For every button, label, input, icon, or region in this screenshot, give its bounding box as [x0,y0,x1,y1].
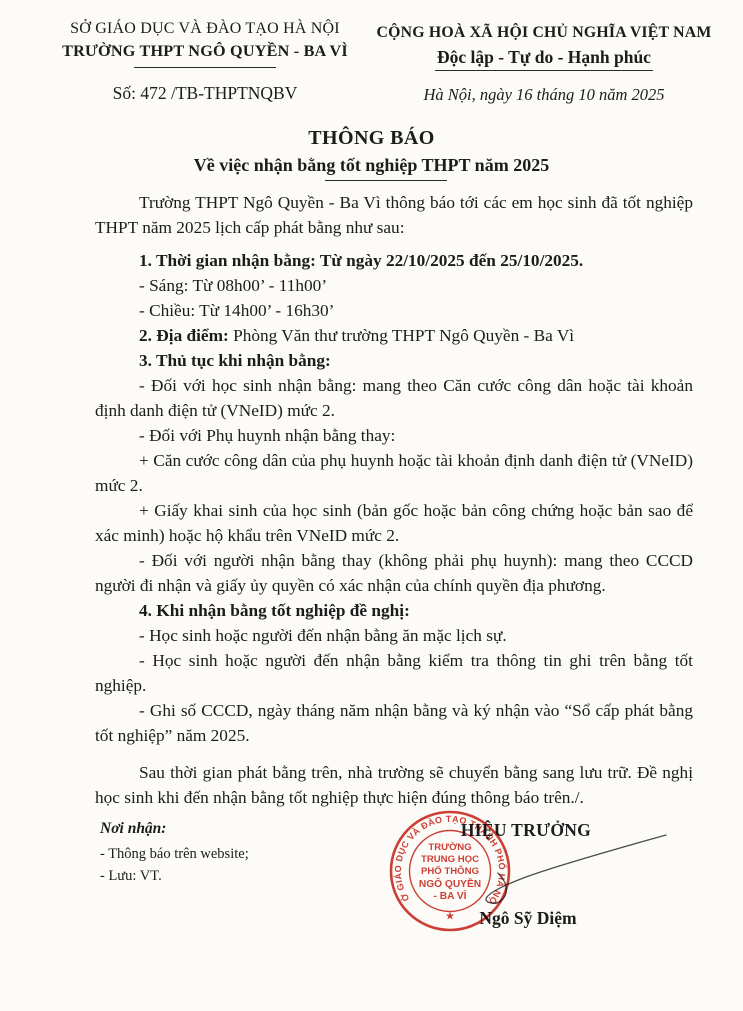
paragraph-text: + Căn cước công dân của phụ huynh hoặc t… [95,451,693,495]
paragraph-text: Trường THPT Ngô Quyền - Ba Vì thông báo … [95,193,693,237]
official-red-stamp: SỞ GIÁO DỤC VÀ ĐÀO TẠO THÀNH PHỐ HÀ NỘI … [388,809,512,933]
recipients-block: Nơi nhận: - Thông báo trên website; - Lư… [100,818,249,887]
paragraph-bold: 3. Thủ tục khi nhận bằng: [139,351,331,370]
recipient-item: - Thông báo trên website; [100,843,249,865]
stamp-center-line: TRUNG HỌC [421,854,479,865]
document-body: Trường THPT Ngô Quyền - Ba Vì thông báo … [95,190,693,810]
body-paragraph: - Sáng: Từ 08h00’ - 11h00’ [95,273,693,298]
title-block: THÔNG BÁO Về việc nhận bằng tốt nghiệp T… [45,127,698,181]
body-paragraph: - Đối với học sinh nhận bằng: mang theo … [95,373,693,423]
stamp-center-line: PHỔ THÔNG [421,865,479,877]
paragraph-text: - Ghi số CCCD, ngày tháng năm nhận bằng … [95,701,693,745]
document-subtitle: Về việc nhận bằng tốt nghiệp THPT năm 20… [45,155,698,176]
stamp-center-line: NGÔ QUYỀN [419,877,481,890]
recipient-item: - Lưu: VT. [100,865,249,887]
body-paragraph: - Chiều: Từ 14h00’ - 16h30’ [95,298,693,323]
paragraph-text: - Học sinh hoặc người đến nhận bằng ăn m… [139,626,507,645]
body-paragraph: + Căn cước công dân của phụ huynh hoặc t… [95,448,693,498]
paragraph-bold: 2. Địa điểm: [139,326,229,345]
body-paragraph: 1. Thời gian nhận bằng: Từ ngày 22/10/20… [95,248,693,273]
paragraph-bold: 4. Khi nhận bằng tốt nghiệp đề nghị: [139,601,410,620]
national-title: CỘNG HOÀ XÃ HỘI CHỦ NGHĨA VIỆT NAM [374,22,714,44]
paragraph-bold: 1. Thời gian nhận bằng: Từ ngày 22/10/20… [139,251,583,270]
document-page: SỞ GIÁO DỤC VÀ ĐÀO TẠO HÀ NỘI TRƯỜNG THP… [0,0,743,1011]
paragraph-text: - Đối với người nhận bằng thay (không ph… [95,551,693,595]
body-paragraph: - Học sinh hoặc người đến nhận bằng kiểm… [95,648,693,698]
stamp-center-line: TRƯỜNG [428,841,471,853]
paragraph-text: Sau thời gian phát bằng trên, nhà trường… [95,763,693,807]
national-motto-block: CỘNG HOÀ XÃ HỘI CHỦ NGHĨA VIỆT NAM Độc l… [374,22,714,106]
paragraph-text: - Học sinh hoặc người đến nhận bằng kiểm… [95,651,693,695]
issuer-block: SỞ GIÁO DỤC VÀ ĐÀO TẠO HÀ NỘI TRƯỜNG THP… [42,18,368,104]
stamp-center-line: - BA VÌ [433,889,466,902]
body-paragraph: 4. Khi nhận bằng tốt nghiệp đề nghị: [95,598,693,623]
document-number: Số: 472 /TB-THPTNQBV [42,82,368,104]
place-date-line: Hà Nội, ngày 16 tháng 10 năm 2025 [374,84,714,106]
paragraph-text: Phòng Văn thư trường THPT Ngô Quyền - Ba… [229,326,574,345]
paragraph-text: - Chiều: Từ 14h00’ - 16h30’ [139,301,334,320]
national-motto: Độc lập - Tự do - Hạnh phúc [435,46,653,71]
recipients-label: Nơi nhận: [100,818,249,840]
body-paragraph: + Giấy khai sinh của học sinh (bản gốc h… [95,498,693,548]
stamp-star-icon: ★ [446,911,455,922]
paragraph-text: - Sáng: Từ 08h00’ - 11h00’ [139,276,327,295]
body-paragraph: - Học sinh hoặc người đến nhận bằng ăn m… [95,623,693,648]
body-paragraph: 3. Thủ tục khi nhận bằng: [95,348,693,373]
body-paragraph: 2. Địa điểm: Phòng Văn thư trường THPT N… [95,323,693,348]
paragraph-text: - Đối với học sinh nhận bằng: mang theo … [95,376,693,420]
issuer-department: SỞ GIÁO DỤC VÀ ĐÀO TẠO HÀ NỘI [42,18,368,40]
body-paragraph: - Đối với người nhận bằng thay (không ph… [95,548,693,598]
paragraph-text: - Đối với Phụ huynh nhận bằng thay: [139,426,395,445]
body-paragraph: - Đối với Phụ huynh nhận bằng thay: [95,423,693,448]
title-underline [325,180,447,181]
issuer-underline [134,67,276,68]
body-paragraph: - Ghi số CCCD, ngày tháng năm nhận bằng … [95,698,693,748]
document-title: THÔNG BÁO [45,127,698,150]
paragraph-text: + Giấy khai sinh của học sinh (bản gốc h… [95,501,693,545]
issuer-school: TRƯỜNG THPT NGÔ QUYỀN - BA VÌ [42,40,368,62]
body-paragraph: Sau thời gian phát bằng trên, nhà trường… [95,760,693,810]
body-paragraph: Trường THPT Ngô Quyền - Ba Vì thông báo … [95,190,693,240]
